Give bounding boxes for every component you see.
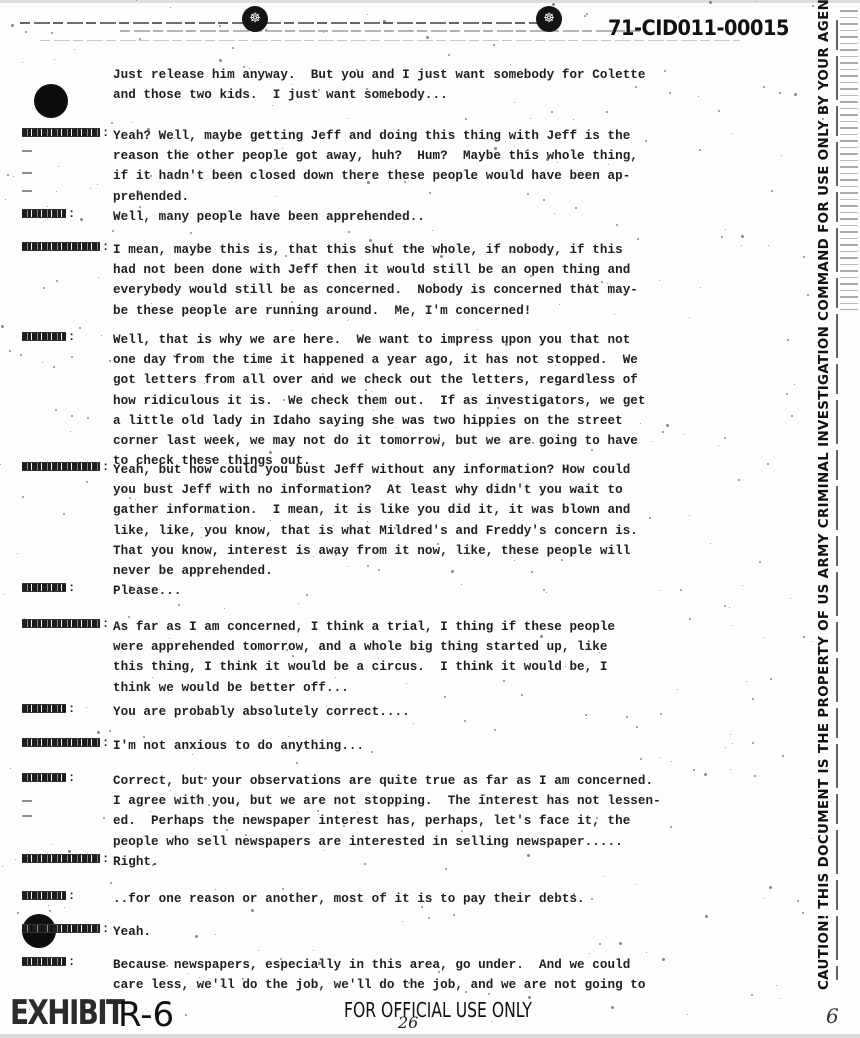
speech-text: Just release him anyway. But you and I j… <box>113 65 713 105</box>
speech-text: Yeah? Well, maybe getting Jeff and doing… <box>113 126 713 207</box>
speaker-label-redacted: : <box>22 771 110 791</box>
speech-text: As far as I am concerned, I think a tria… <box>113 617 713 698</box>
speech-text: Well, that is why we are here. We want t… <box>113 330 713 471</box>
margin-mark <box>22 172 32 174</box>
speaker-label-redacted: : <box>22 889 110 909</box>
speech-text: ..for one reason or another, most of it … <box>113 889 713 909</box>
speech-text: Yeah, but how could you bust Jeff withou… <box>113 460 713 581</box>
margin-mark <box>22 800 32 802</box>
footer-classification: FOR OFFICIAL USE ONLY <box>344 998 532 1022</box>
speaker-label-redacted: : <box>22 922 110 942</box>
speech-text: Correct, but your observations are quite… <box>113 771 713 852</box>
speaker-label-redacted: : <box>22 207 110 227</box>
corner-handwritten-mark: 6 <box>826 1004 839 1028</box>
speaker-label-redacted: : <box>22 852 110 872</box>
scan-noise <box>840 10 858 310</box>
margin-mark <box>22 150 32 152</box>
header-rule-faint <box>120 30 640 32</box>
speech-text: Please... <box>113 581 713 601</box>
exhibit-reference: R-6 <box>118 995 174 1035</box>
header-rule-faint <box>40 40 740 41</box>
scan-top-edge <box>0 0 860 3</box>
speaker-label-redacted: : <box>22 240 110 260</box>
margin-mark <box>22 815 32 817</box>
seal-stamp-icon: ☸ <box>536 6 562 32</box>
speaker-label-redacted: : <box>22 330 110 350</box>
exhibit-stamp: EXHIBIT <box>10 993 79 1033</box>
speaker-label-redacted: : <box>22 581 110 601</box>
speech-text: Because newspapers, especially in this a… <box>113 955 713 995</box>
speech-text: Well, many people have been apprehended.… <box>113 207 713 227</box>
seal-stamp-icon: ☸ <box>242 6 268 32</box>
header-rule <box>20 22 560 24</box>
handwritten-page-number: 26 <box>398 1013 418 1032</box>
speaker-label-redacted: : <box>22 736 110 756</box>
speech-text: I'm not anxious to do anything... <box>113 736 713 756</box>
speaker-label-redacted: : <box>22 617 110 637</box>
scan-bottom-edge <box>0 1034 860 1038</box>
speech-text: Yeah. <box>113 922 713 942</box>
speaker-label-redacted: : <box>22 460 110 480</box>
speaker-label-redacted: : <box>22 126 110 146</box>
caution-notice: CAUTION! THIS DOCUMENT IS THE PROPERTY O… <box>812 0 838 990</box>
speech-text: I mean, maybe this is, that this shut th… <box>113 240 713 321</box>
speech-text: Right. <box>113 852 713 872</box>
speaker-label-redacted: : <box>22 955 110 975</box>
document-page: ☸ ☸ 71-CID011-00015 Just release him any… <box>0 0 860 1038</box>
control-number: 71-CID011-00015 <box>608 16 789 40</box>
redaction-mark <box>34 84 68 118</box>
margin-mark <box>22 190 32 192</box>
speaker-label-redacted: : <box>22 702 110 722</box>
speech-text: You are probably absolutely correct.... <box>113 702 713 722</box>
